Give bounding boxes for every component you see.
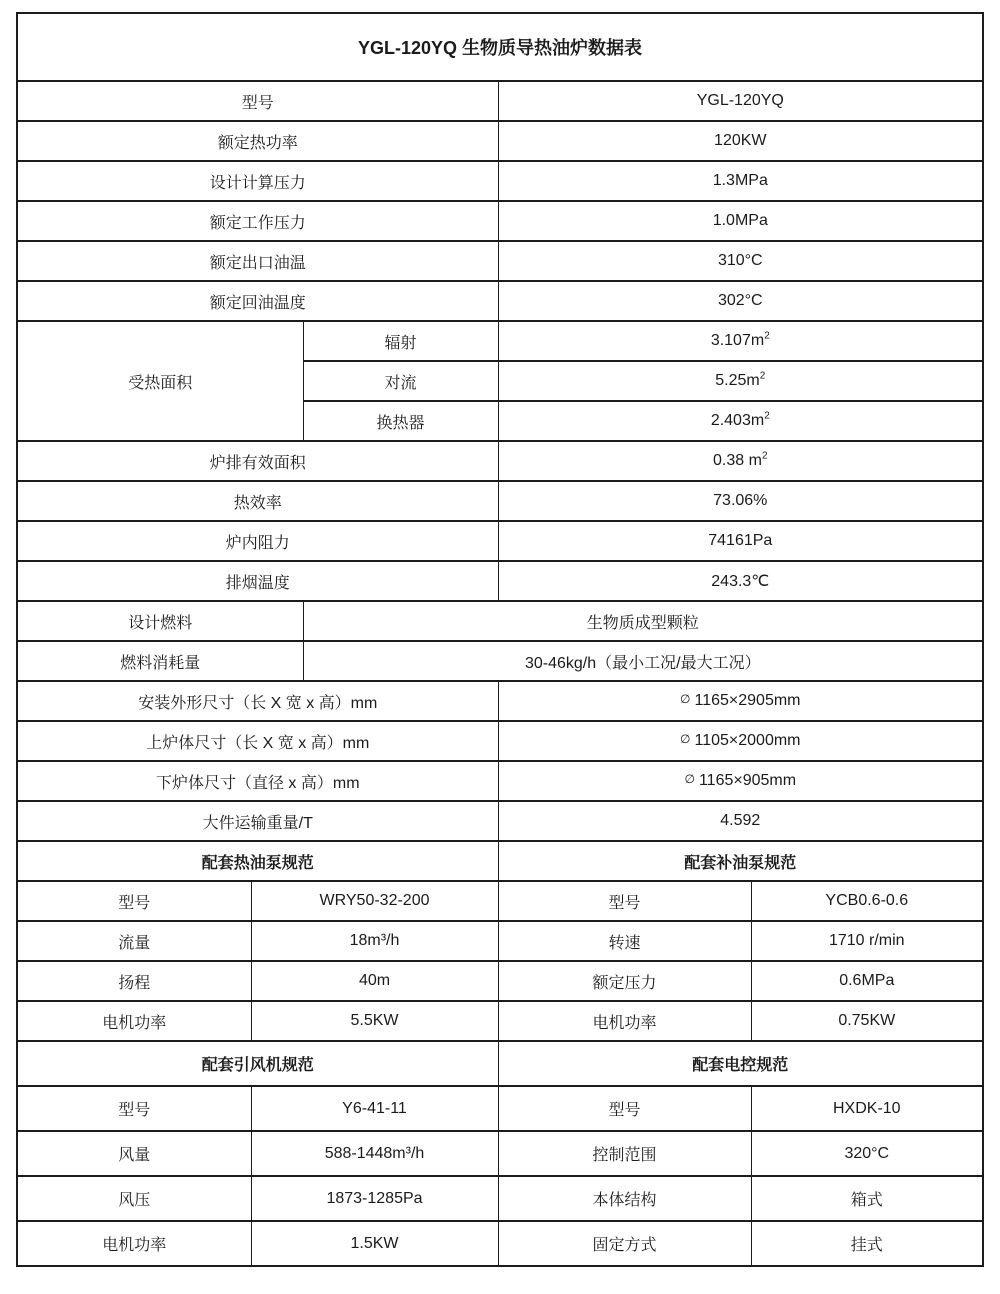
- pump-left-label-model: 型号: [17, 881, 251, 921]
- spec-label-model: 型号: [17, 81, 498, 121]
- fan-right-label-body-structure: 本体结构: [498, 1176, 751, 1221]
- fan-right-label-mounting: 固定方式: [498, 1221, 751, 1266]
- fan-left-value-air-volume: 588-1448m³/h: [251, 1131, 498, 1176]
- spec-value-return-temp: 302°C: [498, 281, 983, 321]
- heating-area-label-exchanger: 换热器: [303, 401, 498, 441]
- fan-right-value-mounting: 挂式: [751, 1221, 983, 1266]
- spec-value-rated-power: 120KW: [498, 121, 983, 161]
- fan-left-value-model: Y6-41-11: [251, 1086, 498, 1131]
- pump-right-value-motor-power: 0.75KW: [751, 1001, 983, 1041]
- pump-left-label-head: 扬程: [17, 961, 251, 1001]
- pump-right-label-rated-pressure: 额定压力: [498, 961, 751, 1001]
- fan-left-label-model: 型号: [17, 1086, 251, 1131]
- fan-right-value-control-range: 320°C: [751, 1131, 983, 1176]
- section-header-induced-draft-fan: 配套引风机规范: [17, 1041, 498, 1086]
- spec-value-design-pressure: 1.3MPa: [498, 161, 983, 201]
- heating-area-value-convection-text: 5.25m: [715, 372, 759, 389]
- pump-right-value-model: YCB0.6-0.6: [751, 881, 983, 921]
- heating-area-value-radiation: 3.107m2: [498, 321, 983, 361]
- fuel-label-design-fuel: 设计燃料: [17, 601, 303, 641]
- spec-value-furnace-resistance: 74161Pa: [498, 521, 983, 561]
- fuel-value-consumption: 30-46kg/h（最小工况/最大工况）: [303, 641, 983, 681]
- pump-right-label-speed: 转速: [498, 921, 751, 961]
- dim-value-upper-body-text: 1105×2000mm: [695, 732, 801, 749]
- pump-left-value-head: 40m: [251, 961, 498, 1001]
- spec-label-thermal-efficiency: 热效率: [17, 481, 498, 521]
- spec-label-furnace-resistance: 炉内阻力: [17, 521, 498, 561]
- superscript: 2: [764, 411, 770, 422]
- fan-left-label-motor-power: 电机功率: [17, 1221, 251, 1266]
- section-header-makeup-oil-pump: 配套补油泵规范: [498, 841, 983, 881]
- pump-left-value-flow: 18m³/h: [251, 921, 498, 961]
- fuel-label-consumption: 燃料消耗量: [17, 641, 303, 681]
- spec-value-grate-area: 0.38 m2: [498, 441, 983, 481]
- dim-value-lower-body: ∅1165×905mm: [498, 761, 983, 801]
- spec-value-thermal-efficiency: 73.06%: [498, 481, 983, 521]
- fan-left-value-motor-power: 1.5KW: [251, 1221, 498, 1266]
- fan-right-label-control-range: 控制范围: [498, 1131, 751, 1176]
- dim-label-lower-body: 下炉体尺寸（直径 x 高）mm: [17, 761, 498, 801]
- spec-label-rated-power: 额定热功率: [17, 121, 498, 161]
- table-title: YGL-120YQ 生物质导热油炉数据表: [17, 13, 983, 81]
- dim-value-installation-text: 1165×2905mm: [695, 692, 801, 709]
- pump-right-value-rated-pressure: 0.6MPa: [751, 961, 983, 1001]
- superscript: 2: [762, 451, 768, 462]
- dim-label-installation: 安装外形尺寸（长 X 宽 x 高）mm: [17, 681, 498, 721]
- spec-label-design-pressure: 设计计算压力: [17, 161, 498, 201]
- heating-area-group-label: 受热面积: [17, 321, 303, 441]
- spec-value-working-pressure: 1.0MPa: [498, 201, 983, 241]
- datasheet-page: YGL-120YQ 生物质导热油炉数据表 型号 YGL-120YQ 额定热功率 …: [0, 0, 1000, 1294]
- boiler-datasheet-table: YGL-120YQ 生物质导热油炉数据表 型号 YGL-120YQ 额定热功率 …: [16, 12, 984, 1267]
- fan-right-label-model: 型号: [498, 1086, 751, 1131]
- fan-right-value-model: HXDK-10: [751, 1086, 983, 1131]
- diameter-symbol: ∅: [680, 692, 694, 706]
- fan-left-value-air-pressure: 1873-1285Pa: [251, 1176, 498, 1221]
- spec-label-transport-weight: 大件运输重量/T: [17, 801, 498, 841]
- heating-area-value-exchanger: 2.403m2: [498, 401, 983, 441]
- superscript: 2: [760, 371, 766, 382]
- dim-label-upper-body: 上炉体尺寸（长 X 宽 x 高）mm: [17, 721, 498, 761]
- pump-right-value-speed: 1710 r/min: [751, 921, 983, 961]
- pump-left-label-motor-power: 电机功率: [17, 1001, 251, 1041]
- fan-left-label-air-volume: 风量: [17, 1131, 251, 1176]
- fan-right-value-body-structure: 箱式: [751, 1176, 983, 1221]
- fan-left-label-air-pressure: 风压: [17, 1176, 251, 1221]
- spec-value-outlet-temp: 310°C: [498, 241, 983, 281]
- pump-left-value-motor-power: 5.5KW: [251, 1001, 498, 1041]
- heating-area-value-exchanger-text: 2.403m: [711, 412, 764, 429]
- spec-label-working-pressure: 额定工作压力: [17, 201, 498, 241]
- section-header-hot-oil-pump: 配套热油泵规范: [17, 841, 498, 881]
- spec-label-exhaust-temp: 排烟温度: [17, 561, 498, 601]
- pump-left-value-model: WRY50-32-200: [251, 881, 498, 921]
- dim-value-lower-body-text: 1165×905mm: [699, 772, 796, 789]
- superscript: 2: [764, 331, 770, 342]
- fuel-value-design-fuel: 生物质成型颗粒: [303, 601, 983, 641]
- spec-label-grate-area: 炉排有效面积: [17, 441, 498, 481]
- diameter-symbol: ∅: [680, 732, 694, 746]
- spec-value-model: YGL-120YQ: [498, 81, 983, 121]
- heating-area-label-radiation: 辐射: [303, 321, 498, 361]
- section-header-electric-control: 配套电控规范: [498, 1041, 983, 1086]
- spec-label-outlet-temp: 额定出口油温: [17, 241, 498, 281]
- heating-area-value-convection: 5.25m2: [498, 361, 983, 401]
- heating-area-label-convection: 对流: [303, 361, 498, 401]
- pump-right-label-model: 型号: [498, 881, 751, 921]
- diameter-symbol: ∅: [685, 772, 699, 786]
- spec-label-return-temp: 额定回油温度: [17, 281, 498, 321]
- heating-area-value-radiation-text: 3.107m: [711, 332, 764, 349]
- grate-area-value-text: 0.38 m: [713, 452, 762, 469]
- spec-value-exhaust-temp: 243.3℃: [498, 561, 983, 601]
- dim-value-upper-body: ∅1105×2000mm: [498, 721, 983, 761]
- pump-right-label-motor-power: 电机功率: [498, 1001, 751, 1041]
- pump-left-label-flow: 流量: [17, 921, 251, 961]
- spec-value-transport-weight: 4.592: [498, 801, 983, 841]
- dim-value-installation: ∅1165×2905mm: [498, 681, 983, 721]
